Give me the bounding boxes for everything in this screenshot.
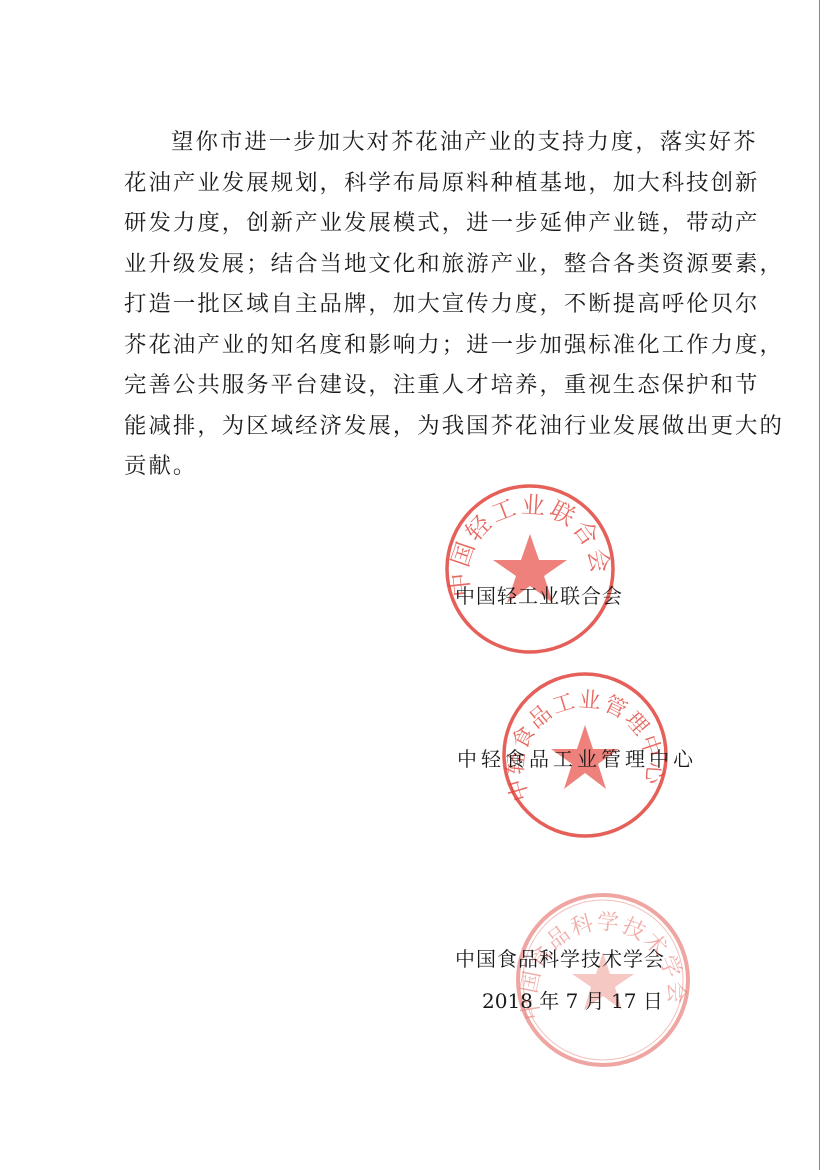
paragraph-line: 完善公共服务平台建设，注重人才培养，重视生态保护和节 xyxy=(124,365,714,406)
letter-body: 望你市进一步加大对芥花油产业的支持力度，落实好芥 花油产业发展规划，科学布局原料… xyxy=(124,122,714,487)
signatory-clf: 中国轻工业联合会 xyxy=(455,580,623,609)
paragraph-line: 研发力度，创新产业发展模式，进一步延伸产业链，带动产 xyxy=(124,203,714,244)
seal-star-icon: 中国食品科学技术学会 xyxy=(513,890,693,1070)
paragraph-line: 打造一批区域自主品牌，加大宣传力度，不断提高呼伦贝尔 xyxy=(124,284,714,325)
paragraph-line: 芥花油产业的知名度和影响力；进一步加强标准化工作力度， xyxy=(124,325,714,366)
signatory-food-center: 中轻食品工业管理中心 xyxy=(457,743,697,772)
paragraph-line: 花油产业发展规划，科学布局原料种植基地，加大科技创新 xyxy=(124,163,714,204)
page-edge-line xyxy=(819,0,820,1170)
signatory-cifst: 中国食品科学技术学会 xyxy=(455,943,665,972)
official-seal-clf: 中国轻工业联合会 xyxy=(443,482,617,656)
paragraph-line: 望你市进一步加大对芥花油产业的支持力度，落实好芥 xyxy=(124,122,714,163)
paragraph-line: 业升级发展；结合当地文化和旅游产业，整合各类资源要素， xyxy=(124,244,714,285)
seal-star-icon: 中国轻工业联合会 xyxy=(443,482,617,656)
letter-date: 2018 年 7 月 17 日 xyxy=(482,985,663,1014)
paragraph-line: 能减排，为区域经济发展，为我国芥花油行业发展做出更大的 xyxy=(124,406,714,447)
official-seal-cifst: 中国食品科学技术学会 xyxy=(513,890,693,1070)
paragraph-line: 贡献。 xyxy=(124,446,714,487)
